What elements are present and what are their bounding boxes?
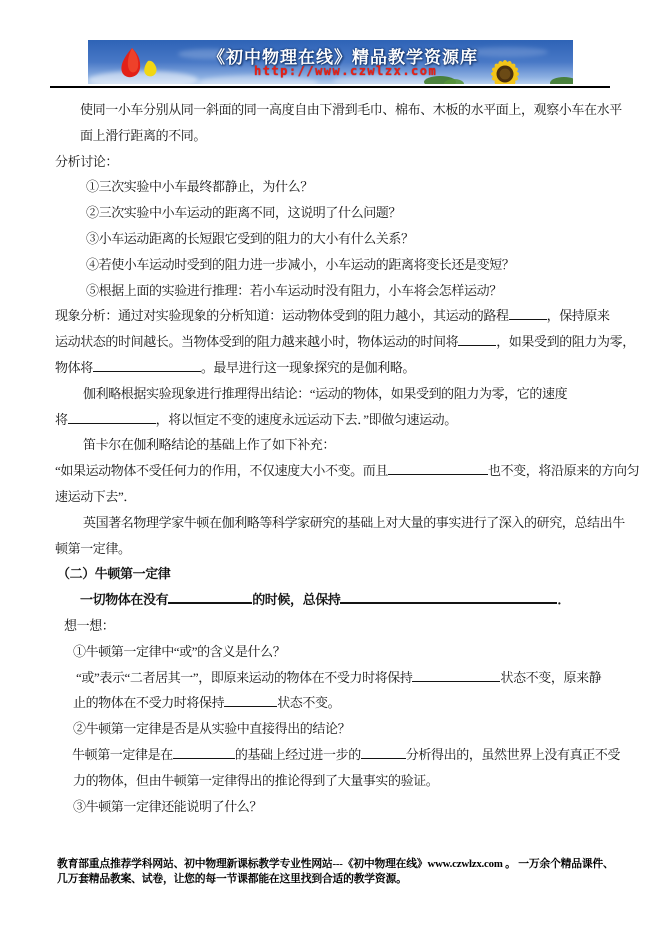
text-run: 状态不变。	[277, 695, 340, 710]
doc-line: 运动状态的时间越长。当物体受到的阻力越来越小时，物体运动的时间将，如果受到的阻力…	[55, 329, 611, 355]
text-run: 牛顿第一定律是在	[72, 747, 173, 762]
text-run: 使同一小车分别从同一斜面的同一高度自由下滑到毛巾、棉布、木板的水平面上，观察小车…	[80, 102, 622, 117]
text-run: 将	[55, 412, 68, 427]
doc-line: （二）牛顿第一定律	[55, 561, 611, 587]
text-run: 英国著名物理学家牛顿在伽利略等科学家研究的基础上对大量的事实进行了深入的研究，总…	[83, 515, 625, 530]
site-url: http://www.czwlzx.com	[254, 64, 437, 78]
text-run: ，保持原来	[547, 308, 610, 323]
doc-line: 牛顿第一定律是在的基础上经过进一步的分析得出的，虽然世界上没有真正不受	[55, 742, 611, 768]
footer-line: 几万套精品教案、试卷，让您的每一节课都能在这里找到合适的教学资源。	[57, 872, 616, 887]
text-run: 分析讨论：	[55, 154, 118, 169]
doc-line: ②牛顿第一定律是否是从实验中直接得出的结论？	[55, 716, 611, 742]
blank-underline	[68, 411, 156, 424]
text-run: （二）牛顿第一定律	[57, 566, 170, 581]
doc-line: 一切物体在没有的时候，总保持．	[55, 587, 611, 613]
doc-line: 现象分析：通过对实验现象的分析知道：运动物体受到的阻力越小，其运动的路程，保持原…	[55, 303, 611, 329]
doc-line: ③牛顿第一定律还能说明了什么？	[55, 794, 611, 820]
text-run: 面上滑行距离的不同。	[80, 128, 206, 143]
blank-underline	[168, 590, 252, 604]
doc-line: 分析讨论：	[55, 149, 611, 175]
doc-line: 笛卡尔在伽利略结论的基础上作了如下补充：	[55, 432, 611, 458]
blank-underline	[340, 590, 557, 604]
text-run: 运动状态的时间越长。当物体受到的阻力越来越小时，物体运动的时间将	[55, 334, 458, 349]
doc-line: 力的物体，但由牛顿第一定律得出的推论得到了大量事实的验证。	[55, 768, 611, 794]
text-run: ③牛顿第一定律还能说明了什么？	[73, 799, 262, 814]
text-run: 伽利略根据实验现象进行推理得出结论：“运动的物体，如果受到的阻力为零，它的速度	[83, 386, 567, 401]
text-run: 分析得出的，虽然世界上没有真正不受	[406, 747, 620, 762]
text-run: 状态不变，原来静	[500, 670, 601, 685]
doc-line: 将，将以恒定不变的速度永远运动下去．”即做匀速运动。	[55, 407, 611, 433]
doc-line: 顿第一定律。	[55, 536, 611, 562]
text-run: ，如果受到的阻力为零，	[496, 334, 635, 349]
footer-line: 教育部重点推荐学科网站、初中物理新课标教学专业性网站---《初中物理在线》www…	[57, 857, 616, 872]
text-run: ⑤根据上面的实验进行推理：若小车运动时没有阻力，小车将会怎样运动？	[86, 283, 502, 298]
blank-underline	[224, 694, 277, 707]
document-body: 使同一小车分别从同一斜面的同一高度自由下滑到毛巾、棉布、木板的水平面上，观察小车…	[55, 97, 611, 819]
page-footer: 教育部重点推荐学科网站、初中物理新课标教学专业性网站---《初中物理在线》www…	[57, 857, 616, 887]
text-run: “或”表示“二者居其一”，即原来运动的物体在不受力时将保持	[76, 670, 412, 685]
doc-line: 止的物体在不受力时将保持状态不变。	[55, 690, 611, 716]
text-run: 的时候，总保持	[252, 592, 340, 607]
text-run: 物体将	[55, 360, 93, 375]
text-run: 现象分析：通过对实验现象的分析知道：运动物体受到的阻力越小，其运动的路程	[55, 308, 509, 323]
text-run: ，将以恒定不变的速度永远运动下去．”即做匀速运动。	[156, 412, 457, 427]
text-run: ②牛顿第一定律是否是从实验中直接得出的结论？	[73, 721, 350, 736]
document-page: 《初中物理在线》精品教学资源库 http://www.czwlzx.com 使同…	[0, 0, 661, 936]
text-run: 。最早进行这一现象探究的是伽利略。	[201, 360, 415, 375]
text-run: ③小车运动距离的长短跟它受到的阻力的大小有什么关系？	[86, 231, 414, 246]
doc-line: “或”表示“二者居其一”，即原来运动的物体在不受力时将保持状态不变，原来静	[55, 665, 611, 691]
doc-line: ⑤根据上面的实验进行推理：若小车运动时没有阻力，小车将会怎样运动？	[55, 278, 611, 304]
text-run: 想一想：	[64, 618, 114, 633]
text-run: 速运动下去”．	[55, 489, 136, 504]
text-run: 也不变，将沿原来的方向匀	[488, 463, 639, 478]
blank-underline	[93, 359, 201, 372]
text-run: ④若使小车运动时受到的阻力进一步减小，小车运动的距离将变长还是变短？	[86, 257, 514, 272]
blank-underline	[173, 746, 235, 759]
blank-underline	[361, 746, 406, 759]
text-run: “如果运动物体不受任何力的作用，不仅速度大小不变。而且	[55, 463, 388, 478]
doc-line: “如果运动物体不受任何力的作用，不仅速度大小不变。而且也不变，将沿原来的方向匀	[55, 458, 611, 484]
text-run: 顿第一定律。	[55, 541, 131, 556]
text-run: 力的物体，但由牛顿第一定律得出的推论得到了大量事实的验证。	[73, 773, 438, 788]
text-run: 止的物体在不受力时将保持	[73, 695, 224, 710]
text-run: ②三次实验中小车运动的距离不同，这说明了什么问题？	[86, 205, 401, 220]
blank-underline	[412, 669, 500, 682]
doc-line: 面上滑行距离的不同。	[55, 123, 611, 149]
blank-underline	[509, 307, 547, 320]
text-run: ①牛顿第一定律中“或”的含义是什么？	[73, 644, 285, 659]
divider-rule	[50, 86, 610, 88]
doc-line: 英国著名物理学家牛顿在伽利略等科学家研究的基础上对大量的事实进行了深入的研究，总…	[55, 510, 611, 536]
doc-line: 伽利略根据实验现象进行推理得出结论：“运动的物体，如果受到的阻力为零，它的速度	[55, 381, 611, 407]
doc-line: ②三次实验中小车运动的距离不同，这说明了什么问题？	[55, 200, 611, 226]
doc-line: ④若使小车运动时受到的阻力进一步减小，小车运动的距离将变长还是变短？	[55, 252, 611, 278]
doc-line: 使同一小车分别从同一斜面的同一高度自由下滑到毛巾、棉布、木板的水平面上，观察小车…	[55, 97, 611, 123]
doc-line: ③小车运动距离的长短跟它受到的阻力的大小有什么关系？	[55, 226, 611, 252]
doc-line: 物体将。最早进行这一现象探究的是伽利略。	[55, 355, 611, 381]
doc-line: 想一想：	[55, 613, 611, 639]
site-banner: 《初中物理在线》精品教学资源库 http://www.czwlzx.com	[88, 40, 573, 84]
doc-line: 速运动下去”．	[55, 484, 611, 510]
blank-underline	[388, 462, 488, 475]
doc-line: ①牛顿第一定律中“或”的含义是什么？	[55, 639, 611, 665]
text-run: ①三次实验中小车最终都静止，为什么？	[86, 179, 313, 194]
text-run: 笛卡尔在伽利略结论的基础上作了如下补充：	[83, 437, 335, 452]
text-run: 的基础上经过进一步的	[235, 747, 361, 762]
text-run: 一切物体在没有	[80, 592, 168, 607]
doc-line: ①三次实验中小车最终都静止，为什么？	[55, 174, 611, 200]
blank-underline	[458, 333, 496, 346]
text-run: ．	[557, 592, 570, 607]
